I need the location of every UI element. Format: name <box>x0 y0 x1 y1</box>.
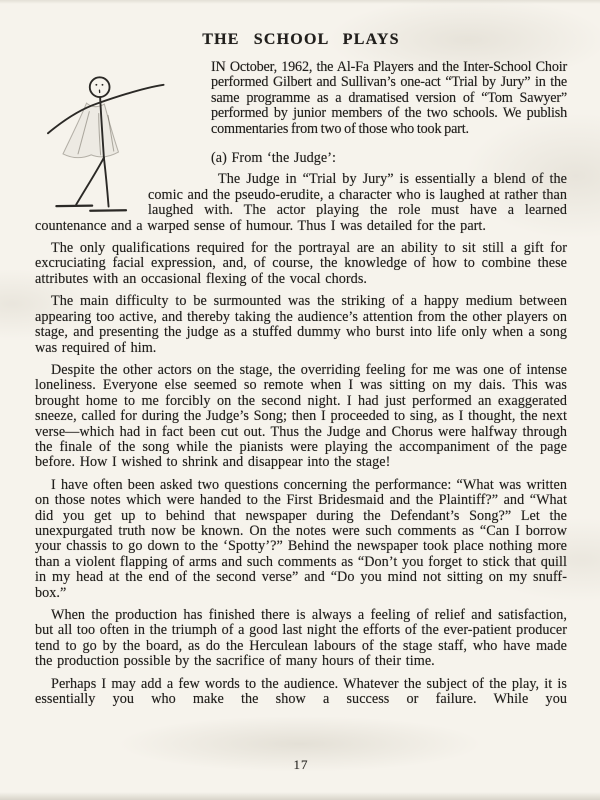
page-number: 17 <box>35 757 567 773</box>
paragraph: When the production has finished there i… <box>35 608 567 670</box>
paragraph: I have often been asked two questions co… <box>35 478 567 601</box>
paragraph: Perhaps I may add a few words to the aud… <box>35 677 567 708</box>
right-leg <box>104 158 109 207</box>
head <box>90 77 110 97</box>
paragraph: The only qualifications required for the… <box>35 241 567 287</box>
right-eye <box>102 84 104 86</box>
left-leg <box>76 158 104 205</box>
scanned-magazine-page: THE SCHOOL PLAYS <box>0 0 600 800</box>
page-title: THE SCHOOL PLAYS <box>35 30 567 49</box>
left-eye <box>95 84 97 86</box>
article-body: IN October, 1962, the Al-Fa Players and … <box>35 60 567 707</box>
paragraph: Despite the other actors on the stage, t… <box>35 363 567 471</box>
paragraph: The main difficulty to be surmounted was… <box>35 294 567 356</box>
